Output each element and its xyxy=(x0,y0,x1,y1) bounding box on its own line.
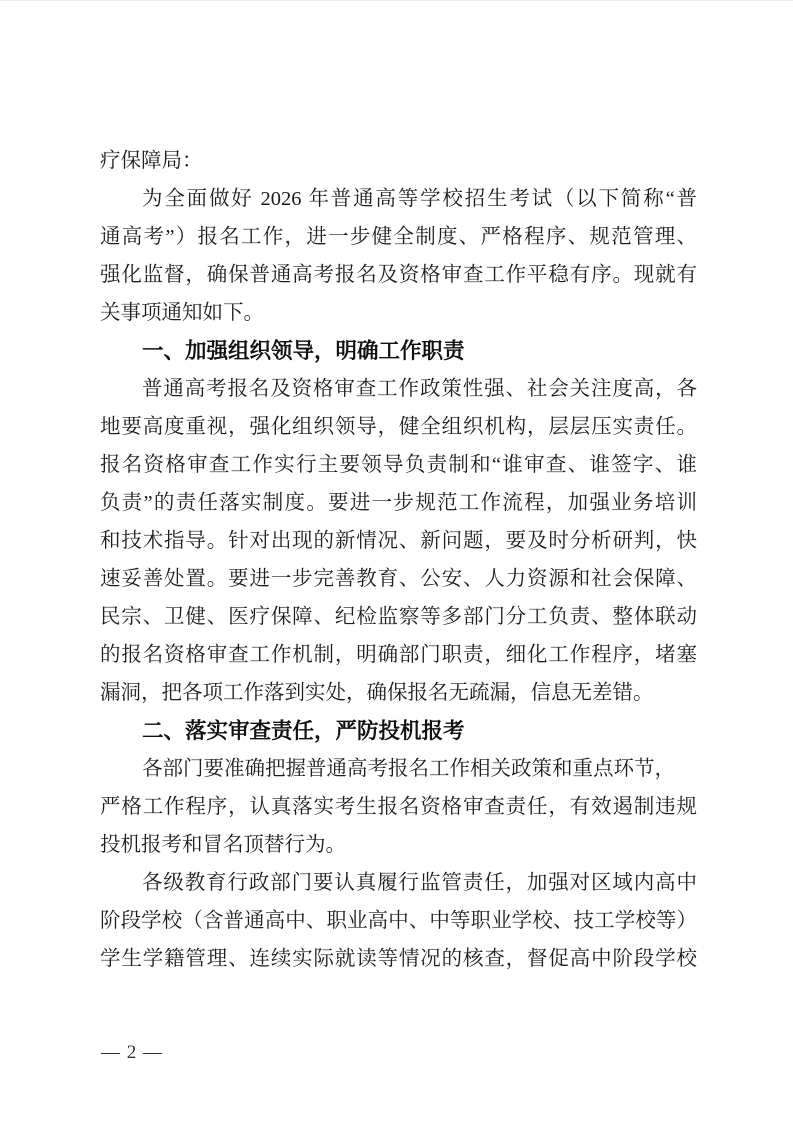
document-line: 民宗、卫健、医疗保障、纪检监察等多部门分工负责、整体联动 xyxy=(100,598,697,636)
page-number: — 2 — xyxy=(101,1041,163,1065)
document-line: 严格工作程序，认真落实考生报名资格审查责任，有效遏制违规 xyxy=(100,788,697,826)
document-line: 地要高度重视，强化组织领导，健全组织机构，层层压实责任。 xyxy=(100,408,697,446)
document-line: 各级教育行政部门要认真履行监管责任，加强对区域内高中 xyxy=(100,864,697,902)
document-line: 学生学籍管理、连续实际就读等情况的核查，督促高中阶段学校 xyxy=(100,940,697,978)
document-line: 通高考”）报名工作，进一步健全制度、严格程序、规范管理、 xyxy=(100,218,697,256)
document-line: 负责”的责任落实制度。要进一步规范工作流程，加强业务培训 xyxy=(100,484,697,522)
document-line: 速妥善处置。要进一步完善教育、公安、人力资源和社会保障、 xyxy=(100,560,697,598)
document-line: 的报名资格审查工作机制，明确部门职责，细化工作程序，堵塞 xyxy=(100,636,697,674)
document-line: 漏洞，把各项工作落到实处，确保报名无疏漏，信息无差错。 xyxy=(100,674,697,712)
document-line: 普通高考报名及资格审查工作政策性强、社会关注度高，各 xyxy=(100,370,697,408)
document-line: 强化监督，确保普通高考报名及资格审查工作平稳有序。现就有 xyxy=(100,256,697,294)
document-line: 和技术指导。针对出现的新情况、新问题，要及时分析研判，快 xyxy=(100,522,697,560)
document-line: 疗保障局： xyxy=(100,142,697,180)
document-line: 各部门要准确把握普通高考报名工作相关政策和重点环节， xyxy=(100,750,697,788)
document-line: 报名资格审查工作实行主要领导负责制和“谁审查、谁签字、谁 xyxy=(100,446,697,484)
document-line: 一、加强组织领导，明确工作职责 xyxy=(100,332,697,370)
document-line: 为全面做好 2026 年普通高等学校招生考试（以下简称“普 xyxy=(100,180,697,218)
document-body: 疗保障局：为全面做好 2026 年普通高等学校招生考试（以下简称“普通高考”）报… xyxy=(100,142,697,978)
document-line: 投机报考和冒名顶替行为。 xyxy=(100,826,697,864)
document-line: 二、落实审查责任，严防投机报考 xyxy=(100,712,697,750)
document-line: 阶段学校（含普通高中、职业高中、中等职业学校、技工学校等） xyxy=(100,902,697,940)
document-line: 关事项通知如下。 xyxy=(100,294,697,332)
document-page: 疗保障局：为全面做好 2026 年普通高等学校招生考试（以下简称“普通高考”）报… xyxy=(0,0,793,1123)
